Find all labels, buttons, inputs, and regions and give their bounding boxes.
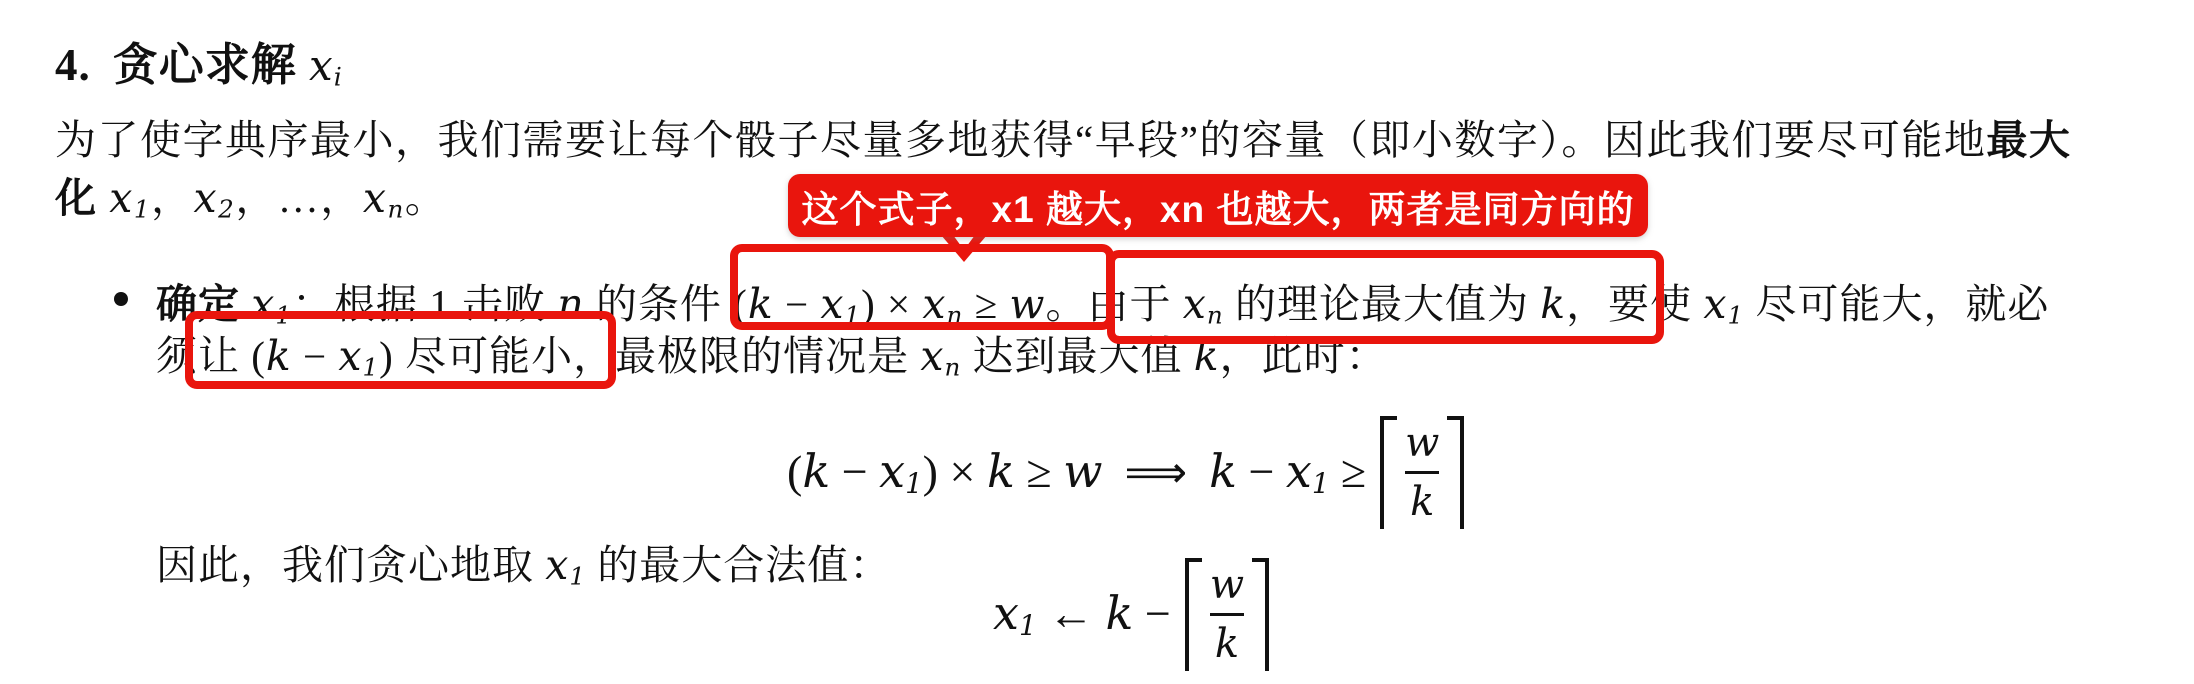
formula1-body: (k − x1) × k ≥ w⟹k − x1 ≥ — [787, 444, 1366, 500]
highlight-box-theoretical-max — [1107, 250, 1664, 344]
fraction-2: w k — [1202, 558, 1252, 671]
fraction-1: w k — [1397, 416, 1447, 529]
document-page: 4.贪心求解 xi 为了使字典序最小，我们需要让每个骰子尽量多地获得“早段”的容… — [0, 0, 2194, 684]
heading-title: 贪心求解 — [113, 40, 297, 90]
display-formula-1: (k − x1) × k ≥ w⟹k − x1 ≥ w k — [787, 413, 1464, 531]
annotation-callout-text: 这个式子，x1 越大，xn 也越大，两者是同方向的 — [802, 179, 1635, 233]
ceiling-left-bracket — [1380, 416, 1397, 529]
intro-paragraph-line1: 为了使字典序最小，我们需要让每个骰子尽量多地获得“早段”的容量（即小数字）。因此… — [55, 117, 2071, 164]
fraction-2-bar — [1210, 613, 1244, 616]
heading-number: 4. — [55, 40, 91, 90]
highlight-box-minimize-term — [185, 311, 616, 389]
annotation-callout: 这个式子，x1 越大，xn 也越大，两者是同方向的 — [788, 174, 1648, 237]
ceiling-right-bracket-2 — [1252, 558, 1269, 671]
highlight-box-condition-formula — [730, 244, 1114, 330]
heading-math-var: x — [309, 41, 334, 90]
formula2-body: x1 ← k − — [993, 586, 1171, 642]
section-heading: 4.贪心求解 xi — [55, 28, 343, 93]
heading-math-sub: i — [334, 63, 343, 92]
fraction-2-denominator: k — [1215, 621, 1239, 667]
ceiling-right-bracket — [1447, 416, 1464, 529]
fraction-2-numerator: w — [1210, 562, 1244, 608]
ceiling-left-bracket-2 — [1185, 558, 1202, 671]
ceiling-fraction-2: w k — [1185, 558, 1269, 671]
intro-paragraph-line2: 化 x1，x2，…，xn。 — [55, 175, 447, 224]
fraction-1-numerator: w — [1405, 420, 1439, 466]
fraction-1-denominator: k — [1410, 479, 1434, 525]
bullet-marker — [114, 292, 128, 306]
closing-paragraph: 因此，我们贪心地取 x1 的最大合法值： — [156, 532, 891, 591]
ceiling-fraction-1: w k — [1380, 416, 1464, 529]
fraction-1-bar — [1405, 471, 1439, 474]
display-formula-2: x1 ← k − w k — [993, 564, 1269, 664]
